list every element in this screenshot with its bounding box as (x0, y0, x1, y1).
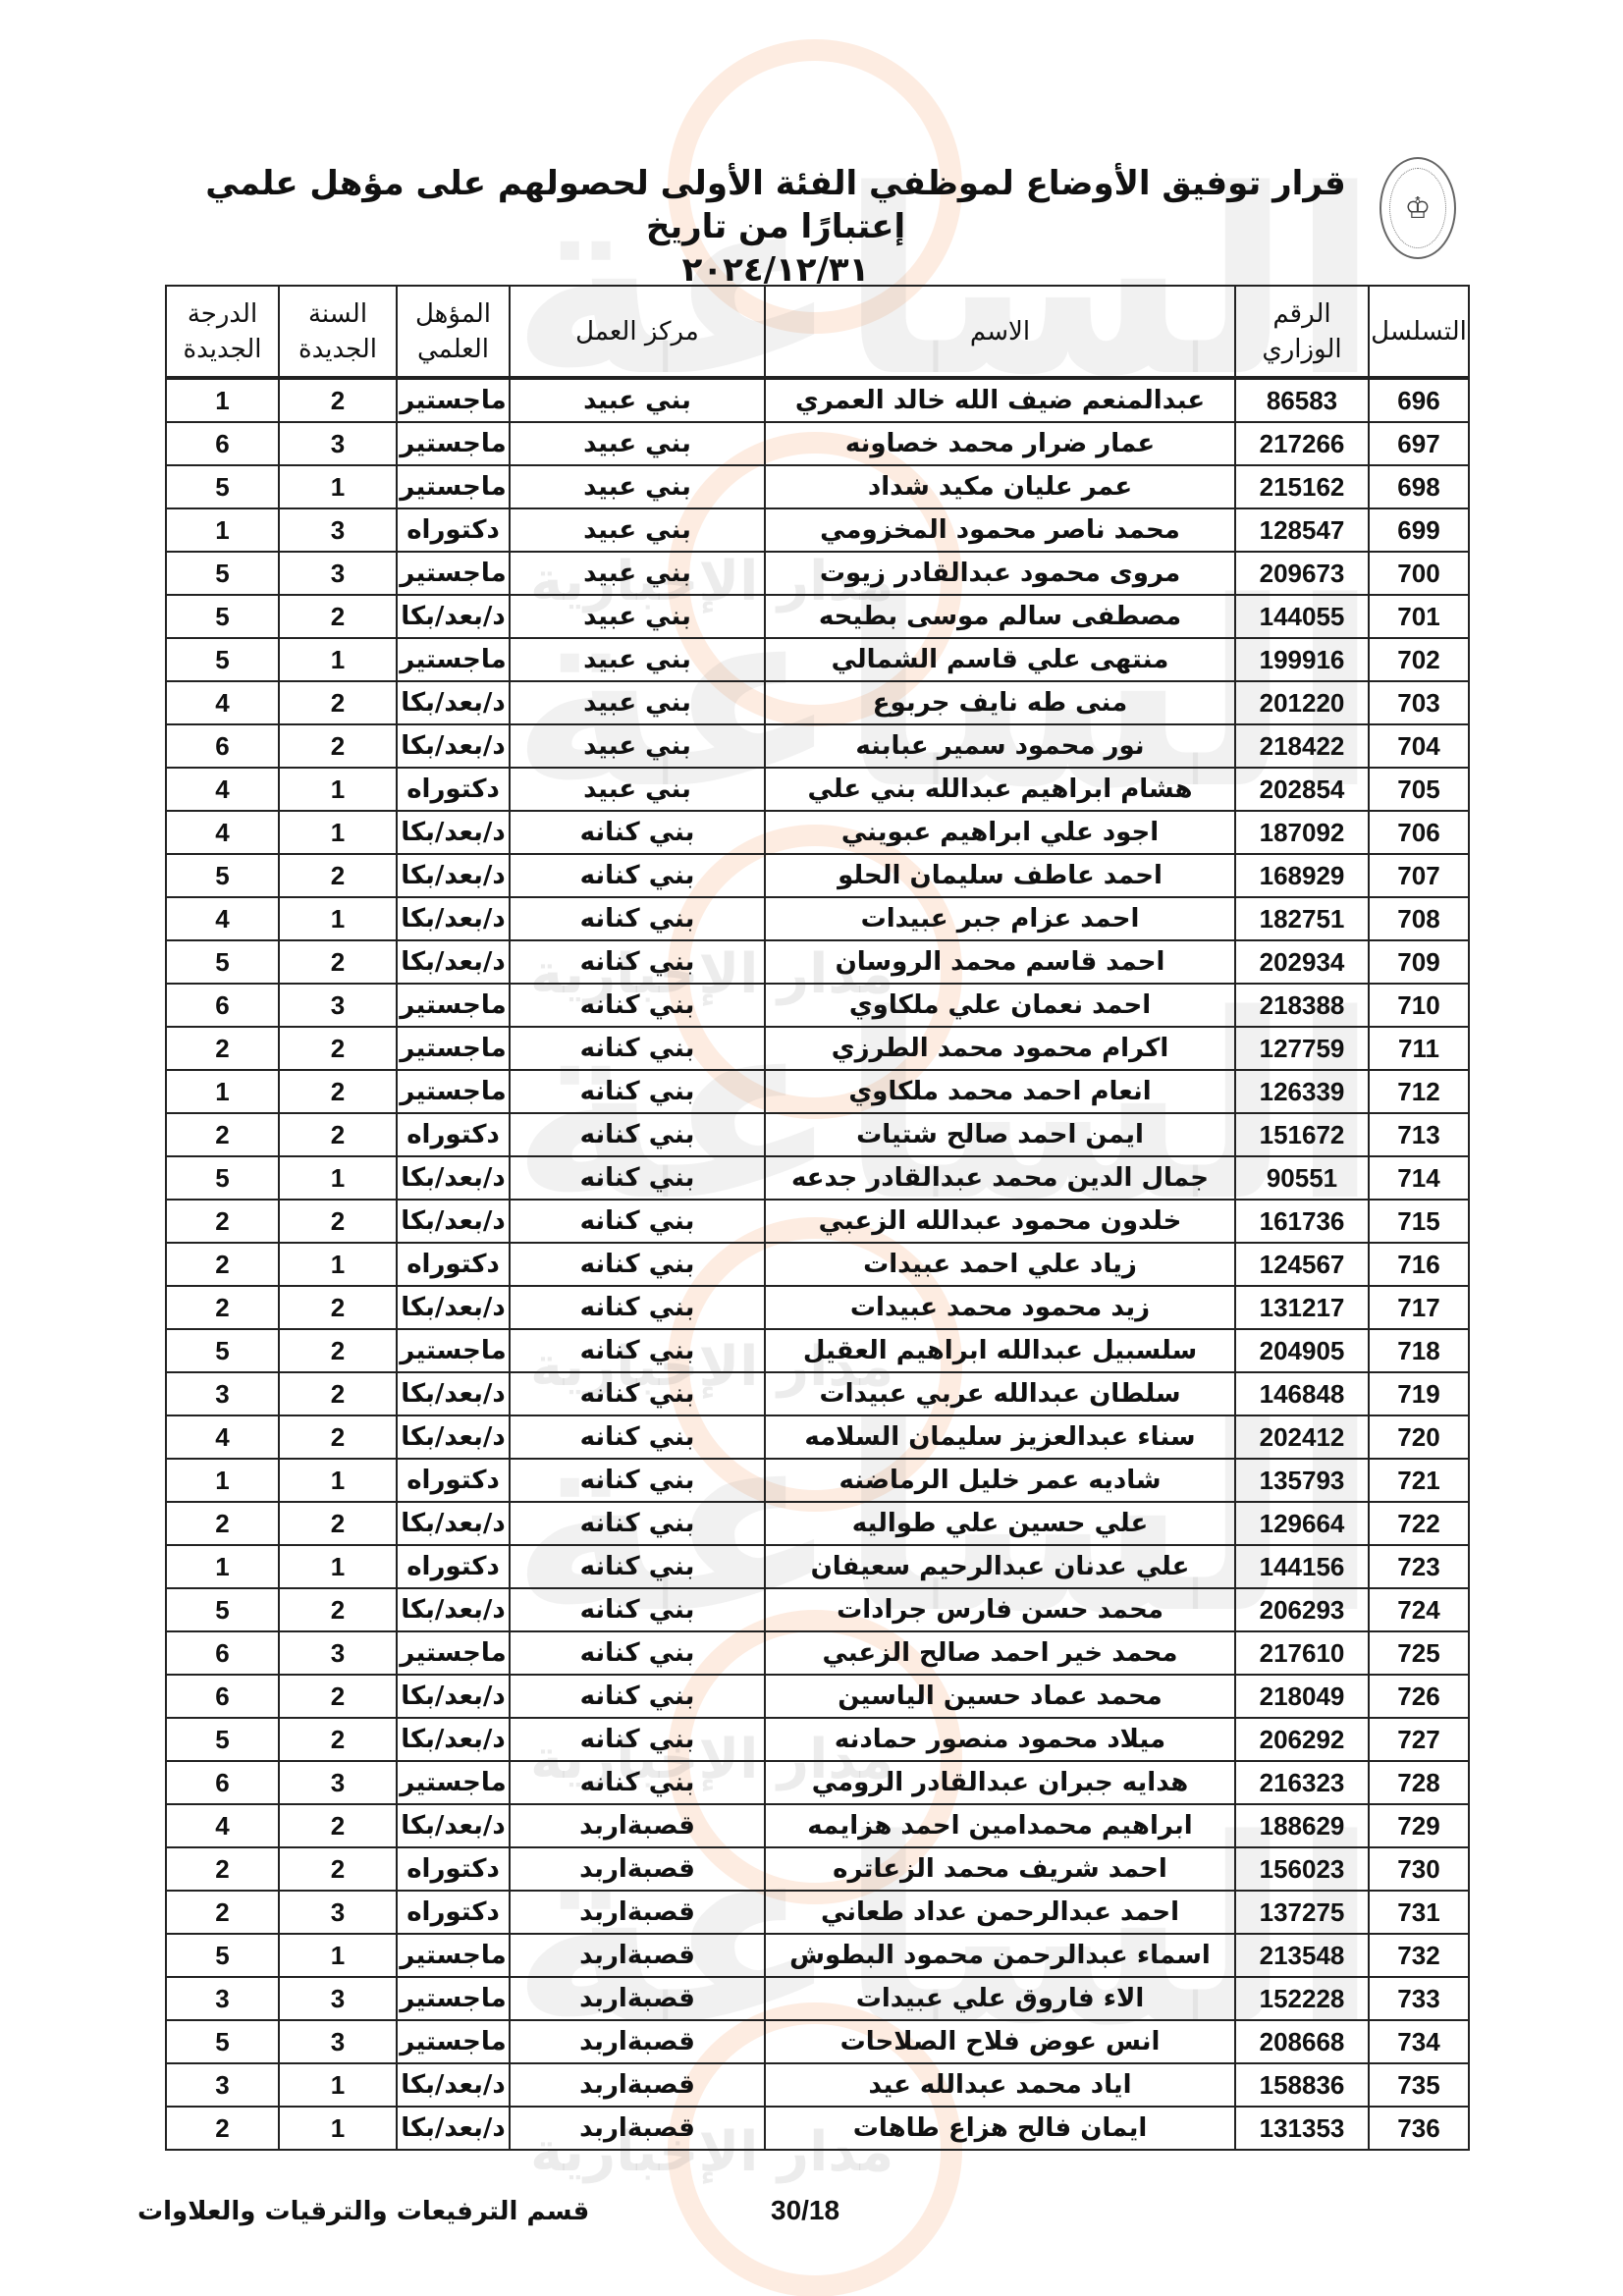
cell-work-center: بني كنانه (510, 1415, 765, 1459)
cell-new-grade: 4 (166, 1415, 279, 1459)
cell-ministry-id: 124567 (1235, 1243, 1369, 1286)
cell-name: اكرام محمود محمد الطرزي (765, 1027, 1235, 1070)
cell-seq: 705 (1369, 768, 1469, 811)
cell-ministry-id: 202934 (1235, 940, 1369, 984)
table-row: 702199916منتهى علي قاسم الشماليبني عبيدم… (166, 638, 1469, 681)
table-row: 709202934احمد قاسم محمد الروسانبني كنانه… (166, 940, 1469, 984)
cell-work-center: بني كنانه (510, 940, 765, 984)
cell-name: شاديه عمر خليل الرماضنه (765, 1459, 1235, 1502)
header-seq: التسلسل (1369, 286, 1469, 378)
cell-name: احمد عزام جبر عبيدات (765, 897, 1235, 940)
cell-qualification: د/بعد/بكا (397, 1804, 510, 1847)
cell-new-year: 2 (279, 1372, 397, 1415)
cell-new-year: 2 (279, 378, 397, 422)
cell-new-grade: 5 (166, 465, 279, 508)
cell-new-year: 2 (279, 1415, 397, 1459)
document-title: قرار توفيق الأوضاع لموظفي الفئة الأولى ل… (196, 162, 1355, 292)
cell-work-center: قصبةاربد (510, 1804, 765, 1847)
cell-qualification: دكتوراه (397, 1243, 510, 1286)
cell-new-year: 1 (279, 2107, 397, 2150)
cell-name: احمد نعمان علي ملكاوي (765, 984, 1235, 1027)
cell-new-year: 1 (279, 1156, 397, 1200)
cell-work-center: بني كنانه (510, 1200, 765, 1243)
cell-seq: 697 (1369, 422, 1469, 465)
cell-seq: 729 (1369, 1804, 1469, 1847)
cell-qualification: ماجستير (397, 1027, 510, 1070)
table-row: 719146848سلطان عبدالله عربي عبيداتبني كن… (166, 1372, 1469, 1415)
table-row: 735158836اياد محمد عبدالله عيدقصبةاربدد/… (166, 2063, 1469, 2107)
cell-work-center: بني كنانه (510, 1761, 765, 1804)
cell-new-grade: 5 (166, 595, 279, 638)
cell-seq: 724 (1369, 1588, 1469, 1631)
table-row: 730156023احمد شريف محمد الزعاترهقصبةاربد… (166, 1847, 1469, 1891)
cell-qualification: ماجستير (397, 1070, 510, 1113)
cell-work-center: بني عبيد (510, 768, 765, 811)
cell-name: احمد شريف محمد الزعاتره (765, 1847, 1235, 1891)
cell-qualification: دكتوراه (397, 1891, 510, 1934)
cell-seq: 710 (1369, 984, 1469, 1027)
cell-work-center: قصبةاربد (510, 1934, 765, 1977)
cell-new-grade: 5 (166, 940, 279, 984)
cell-seq: 717 (1369, 1286, 1469, 1329)
table-row: 711127759اكرام محمود محمد الطرزيبني كنان… (166, 1027, 1469, 1070)
cell-work-center: بني كنانه (510, 1631, 765, 1675)
cell-seq: 702 (1369, 638, 1469, 681)
cell-name: زياد علي احمد عبيدات (765, 1243, 1235, 1286)
cell-new-grade: 1 (166, 508, 279, 552)
cell-seq: 720 (1369, 1415, 1469, 1459)
table-row: 722129664علي حسين علي طواليهبني كنانهد/ب… (166, 1502, 1469, 1545)
table-row: 710218388احمد نعمان علي ملكاويبني كنانهم… (166, 984, 1469, 1027)
cell-ministry-id: 217610 (1235, 1631, 1369, 1675)
cell-qualification: دكتوراه (397, 1113, 510, 1156)
header-new-year: السنة الجديدة (279, 286, 397, 378)
cell-work-center: بني كنانه (510, 811, 765, 854)
cell-ministry-id: 208668 (1235, 2020, 1369, 2063)
cell-work-center: بني كنانه (510, 1545, 765, 1588)
cell-ministry-id: 156023 (1235, 1847, 1369, 1891)
cell-name: جمال الدين محمد عبدالقادر جدعه (765, 1156, 1235, 1200)
cell-new-grade: 5 (166, 552, 279, 595)
cell-ministry-id: 144156 (1235, 1545, 1369, 1588)
cell-new-year: 2 (279, 1070, 397, 1113)
cell-new-year: 2 (279, 1502, 397, 1545)
cell-new-grade: 5 (166, 2020, 279, 2063)
cell-qualification: ماجستير (397, 984, 510, 1027)
cell-work-center: بني كنانه (510, 984, 765, 1027)
cell-seq: 735 (1369, 2063, 1469, 2107)
cell-new-year: 3 (279, 422, 397, 465)
table-row: 69686583عبدالمنعم ضيف الله خالد العمريبن… (166, 378, 1469, 422)
cell-name: ميلاد محمود منصور حمادنه (765, 1718, 1235, 1761)
cell-new-year: 2 (279, 724, 397, 768)
cell-qualification: ماجستير (397, 1761, 510, 1804)
cell-ministry-id: 218388 (1235, 984, 1369, 1027)
cell-new-year: 2 (279, 1113, 397, 1156)
cell-seq: 718 (1369, 1329, 1469, 1372)
cell-work-center: بني عبيد (510, 378, 765, 422)
table-row: 731137275احمد عبدالرحمن عداد طعانيقصبةار… (166, 1891, 1469, 1934)
table-row: 736131353ايمان فالح هزاع طاهاتقصبةاربدد/… (166, 2107, 1469, 2150)
cell-name: سلطان عبدالله عربي عبيدات (765, 1372, 1235, 1415)
cell-ministry-id: 146848 (1235, 1372, 1369, 1415)
cell-qualification: ماجستير (397, 1631, 510, 1675)
cell-new-year: 1 (279, 897, 397, 940)
cell-seq: 715 (1369, 1200, 1469, 1243)
cell-name: منى طه نايف جربوع (765, 681, 1235, 724)
cell-name: ايمان فالح هزاع طاهات (765, 2107, 1235, 2150)
cell-new-year: 2 (279, 681, 397, 724)
cell-name: مروى محمود عبدالقادر زيوت (765, 552, 1235, 595)
cell-seq: 721 (1369, 1459, 1469, 1502)
cell-qualification: ماجستير (397, 1977, 510, 2020)
table-row: 71490551جمال الدين محمد عبدالقادر جدعهبن… (166, 1156, 1469, 1200)
cell-qualification: د/بعد/بكا (397, 1718, 510, 1761)
cell-new-year: 3 (279, 2020, 397, 2063)
table-row: 726218049محمد عماد حسين الياسينبني كنانه… (166, 1675, 1469, 1718)
cell-seq: 707 (1369, 854, 1469, 897)
cell-qualification: دكتوراه (397, 1545, 510, 1588)
cell-qualification: د/بعد/بكا (397, 1156, 510, 1200)
cell-work-center: بني عبيد (510, 638, 765, 681)
cell-new-year: 2 (279, 1329, 397, 1372)
cell-work-center: بني كنانه (510, 1243, 765, 1286)
crown-emblem-icon: ♔ (1389, 168, 1446, 248)
cell-seq: 734 (1369, 2020, 1469, 2063)
cell-qualification: د/بعد/بكا (397, 1675, 510, 1718)
cell-seq: 700 (1369, 552, 1469, 595)
cell-work-center: بني عبيد (510, 724, 765, 768)
cell-ministry-id: 209673 (1235, 552, 1369, 595)
cell-work-center: بني عبيد (510, 595, 765, 638)
cell-ministry-id: 206293 (1235, 1588, 1369, 1631)
cell-new-grade: 2 (166, 1027, 279, 1070)
cell-new-year: 3 (279, 984, 397, 1027)
cell-ministry-id: 144055 (1235, 595, 1369, 638)
cell-work-center: بني كنانه (510, 1156, 765, 1200)
cell-ministry-id: 161736 (1235, 1200, 1369, 1243)
cell-seq: 712 (1369, 1070, 1469, 1113)
cell-qualification: د/بعد/بكا (397, 811, 510, 854)
cell-ministry-id: 216323 (1235, 1761, 1369, 1804)
cell-name: نور محمود سمير عبابنه (765, 724, 1235, 768)
cell-ministry-id: 152228 (1235, 1977, 1369, 2020)
table-row: 712126339انعام احمد محمد ملكاويبني كنانه… (166, 1070, 1469, 1113)
table-row: 713151672ايمن احمد صالح شتياتبني كنانهدك… (166, 1113, 1469, 1156)
table-row: 725217610محمد خير احمد صالح الزعبيبني كن… (166, 1631, 1469, 1675)
cell-new-grade: 6 (166, 1761, 279, 1804)
cell-new-grade: 5 (166, 1329, 279, 1372)
cell-work-center: بني كنانه (510, 1675, 765, 1718)
cell-ministry-id: 188629 (1235, 1804, 1369, 1847)
table-row: 704218422نور محمود سمير عبابنهبني عبيدد/… (166, 724, 1469, 768)
cell-new-grade: 4 (166, 768, 279, 811)
cell-new-year: 3 (279, 552, 397, 595)
cell-work-center: بني كنانه (510, 1459, 765, 1502)
coat-of-arms-icon: ♔ (1380, 157, 1456, 259)
cell-new-year: 1 (279, 768, 397, 811)
header-work-center: مركز العمل (510, 286, 765, 378)
cell-name: عمار ضرار محمد خصاونه (765, 422, 1235, 465)
cell-new-year: 3 (279, 1631, 397, 1675)
cell-ministry-id: 129664 (1235, 1502, 1369, 1545)
cell-new-grade: 1 (166, 1070, 279, 1113)
cell-ministry-id: 168929 (1235, 854, 1369, 897)
cell-qualification: دكتوراه (397, 1459, 510, 1502)
cell-name: الاء فاروق علي عبيدات (765, 1977, 1235, 2020)
cell-qualification: د/بعد/بكا (397, 1286, 510, 1329)
cell-new-grade: 6 (166, 984, 279, 1027)
cell-new-grade: 1 (166, 378, 279, 422)
cell-ministry-id: 218422 (1235, 724, 1369, 768)
cell-new-year: 2 (279, 854, 397, 897)
cell-new-year: 1 (279, 638, 397, 681)
cell-ministry-id: 127759 (1235, 1027, 1369, 1070)
table-row: 698215162عمر عليان مكيد شدادبني عبيدماجس… (166, 465, 1469, 508)
cell-name: منتهى علي قاسم الشمالي (765, 638, 1235, 681)
cell-seq: 726 (1369, 1675, 1469, 1718)
cell-seq: 730 (1369, 1847, 1469, 1891)
cell-seq: 704 (1369, 724, 1469, 768)
cell-ministry-id: 131217 (1235, 1286, 1369, 1329)
cell-ministry-id: 204905 (1235, 1329, 1369, 1372)
cell-ministry-id: 206292 (1235, 1718, 1369, 1761)
table-row: 727206292ميلاد محمود منصور حمادنهبني كنا… (166, 1718, 1469, 1761)
cell-new-grade: 2 (166, 1502, 279, 1545)
cell-name: ابراهيم محمدامين احمد هزايمه (765, 1804, 1235, 1847)
cell-qualification: د/بعد/بكا (397, 1372, 510, 1415)
cell-new-year: 1 (279, 1243, 397, 1286)
cell-new-year: 2 (279, 1027, 397, 1070)
cell-seq: 713 (1369, 1113, 1469, 1156)
cell-qualification: د/بعد/بكا (397, 854, 510, 897)
cell-name: ايمن احمد صالح شتيات (765, 1113, 1235, 1156)
cell-work-center: قصبةاربد (510, 1977, 765, 2020)
cell-seq: 727 (1369, 1718, 1469, 1761)
table-row: 717131217زيد محمود محمد عبيداتبني كنانهد… (166, 1286, 1469, 1329)
table-row: 729188629ابراهيم محمدامين احمد هزايمهقصب… (166, 1804, 1469, 1847)
cell-ministry-id: 126339 (1235, 1070, 1369, 1113)
table-row: 699128547محمد ناصر محمود المخزوميبني عبي… (166, 508, 1469, 552)
cell-work-center: بني كنانه (510, 897, 765, 940)
cell-new-grade: 6 (166, 422, 279, 465)
cell-name: هشام ابراهيم عبدالله بني علي (765, 768, 1235, 811)
cell-seq: 714 (1369, 1156, 1469, 1200)
cell-new-year: 2 (279, 1200, 397, 1243)
cell-seq: 732 (1369, 1934, 1469, 1977)
cell-ministry-id: 137275 (1235, 1891, 1369, 1934)
cell-name: عبدالمنعم ضيف الله خالد العمري (765, 378, 1235, 422)
cell-qualification: دكتوراه (397, 508, 510, 552)
cell-name: محمد حسن فارس جرادات (765, 1588, 1235, 1631)
cell-name: انس عوض فلاح الصلاحات (765, 2020, 1235, 2063)
cell-name: محمد ناصر محمود المخزومي (765, 508, 1235, 552)
cell-qualification: د/بعد/بكا (397, 681, 510, 724)
cell-new-grade: 4 (166, 681, 279, 724)
cell-ministry-id: 202412 (1235, 1415, 1369, 1459)
cell-new-year: 1 (279, 811, 397, 854)
cell-new-grade: 5 (166, 1934, 279, 1977)
cell-new-grade: 2 (166, 1113, 279, 1156)
cell-qualification: د/بعد/بكا (397, 1200, 510, 1243)
cell-work-center: بني عبيد (510, 508, 765, 552)
cell-ministry-id: 158836 (1235, 2063, 1369, 2107)
cell-qualification: د/بعد/بكا (397, 595, 510, 638)
table-row: 732213548اسماء عبدالرحمن محمود البطوشقصب… (166, 1934, 1469, 1977)
cell-seq: 722 (1369, 1502, 1469, 1545)
cell-new-grade: 1 (166, 1459, 279, 1502)
cell-seq: 701 (1369, 595, 1469, 638)
cell-seq: 706 (1369, 811, 1469, 854)
cell-ministry-id: 199916 (1235, 638, 1369, 681)
cell-new-year: 3 (279, 1891, 397, 1934)
cell-new-grade: 6 (166, 1631, 279, 1675)
cell-new-grade: 1 (166, 1545, 279, 1588)
cell-seq: 716 (1369, 1243, 1469, 1286)
cell-name: احمد عاطف سليمان الحلو (765, 854, 1235, 897)
cell-new-grade: 2 (166, 2107, 279, 2150)
cell-seq: 733 (1369, 1977, 1469, 2020)
cell-qualification: ماجستير (397, 465, 510, 508)
table-row: 734208668انس عوض فلاح الصلاحاتقصبةاربدما… (166, 2020, 1469, 2063)
employees-table: التسلسل الرقم الوزاري الاسم مركز العمل ا… (165, 285, 1470, 2151)
table-row: 724206293محمد حسن فارس جراداتبني كنانهد/… (166, 1588, 1469, 1631)
cell-name: زيد محمود محمد عبيدات (765, 1286, 1235, 1329)
cell-name: هدايه جبران عبدالقادر الرومي (765, 1761, 1235, 1804)
cell-new-year: 3 (279, 1761, 397, 1804)
cell-qualification: د/بعد/بكا (397, 897, 510, 940)
cell-ministry-id: 201220 (1235, 681, 1369, 724)
cell-name: سلسبيل عبدالله ابراهيم العقيل (765, 1329, 1235, 1372)
cell-new-grade: 4 (166, 897, 279, 940)
cell-ministry-id: 151672 (1235, 1113, 1369, 1156)
cell-ministry-id: 86583 (1235, 378, 1369, 422)
footer-department: قسم الترفيعات والترقيات والعلاوات (137, 2197, 589, 2226)
cell-seq: 728 (1369, 1761, 1469, 1804)
cell-new-grade: 5 (166, 1588, 279, 1631)
table-row: 718204905سلسبيل عبدالله ابراهيم العقيلبن… (166, 1329, 1469, 1372)
cell-new-year: 2 (279, 1675, 397, 1718)
cell-ministry-id: 182751 (1235, 897, 1369, 940)
cell-ministry-id: 213548 (1235, 1934, 1369, 1977)
cell-work-center: بني عبيد (510, 681, 765, 724)
cell-ministry-id: 202854 (1235, 768, 1369, 811)
cell-work-center: قصبةاربد (510, 2063, 765, 2107)
cell-work-center: بني كنانه (510, 1372, 765, 1415)
table-row: 723144156علي عدنان عبدالرحيم سعيفانبني ك… (166, 1545, 1469, 1588)
cell-work-center: قصبةاربد (510, 1847, 765, 1891)
page-number: 30/18 (771, 2195, 839, 2226)
table-row: 706187092اجود علي ابراهيم عبوينيبني كنان… (166, 811, 1469, 854)
cell-work-center: بني كنانه (510, 1718, 765, 1761)
table-row: 703201220منى طه نايف جربوعبني عبيدد/بعد/… (166, 681, 1469, 724)
cell-new-year: 1 (279, 2063, 397, 2107)
cell-ministry-id: 128547 (1235, 508, 1369, 552)
cell-work-center: بني عبيد (510, 552, 765, 595)
cell-name: محمد عماد حسين الياسين (765, 1675, 1235, 1718)
cell-name: علي عدنان عبدالرحيم سعيفان (765, 1545, 1235, 1588)
table-row: 705202854هشام ابراهيم عبدالله بني عليبني… (166, 768, 1469, 811)
cell-seq: 709 (1369, 940, 1469, 984)
table-row: 715161736خلدون محمود عبدالله الزعبيبني ك… (166, 1200, 1469, 1243)
cell-new-grade: 5 (166, 1718, 279, 1761)
cell-seq: 719 (1369, 1372, 1469, 1415)
cell-qualification: ماجستير (397, 378, 510, 422)
cell-new-grade: 4 (166, 811, 279, 854)
cell-work-center: بني كنانه (510, 1588, 765, 1631)
cell-seq: 723 (1369, 1545, 1469, 1588)
cell-name: علي حسين علي طواليه (765, 1502, 1235, 1545)
cell-seq: 698 (1369, 465, 1469, 508)
cell-work-center: بني كنانه (510, 1329, 765, 1372)
cell-seq: 736 (1369, 2107, 1469, 2150)
cell-ministry-id: 135793 (1235, 1459, 1369, 1502)
table-row: 700209673مروى محمود عبدالقادر زيوتبني عب… (166, 552, 1469, 595)
cell-qualification: د/بعد/بكا (397, 2063, 510, 2107)
cell-name: انعام احمد محمد ملكاوي (765, 1070, 1235, 1113)
cell-work-center: بني كنانه (510, 1027, 765, 1070)
cell-seq: 725 (1369, 1631, 1469, 1675)
cell-ministry-id: 215162 (1235, 465, 1369, 508)
header-name: الاسم (765, 286, 1235, 378)
cell-work-center: بني كنانه (510, 1113, 765, 1156)
cell-new-year: 2 (279, 1847, 397, 1891)
table-row: 728216323هدايه جبران عبدالقادر الروميبني… (166, 1761, 1469, 1804)
table-row: 721135793شاديه عمر خليل الرماضنهبني كنان… (166, 1459, 1469, 1502)
cell-name: احمد عبدالرحمن عداد طعاني (765, 1891, 1235, 1934)
cell-work-center: بني عبيد (510, 465, 765, 508)
cell-seq: 708 (1369, 897, 1469, 940)
cell-name: محمد خير احمد صالح الزعبي (765, 1631, 1235, 1675)
cell-work-center: بني كنانه (510, 854, 765, 897)
cell-new-grade: 3 (166, 1372, 279, 1415)
cell-new-grade: 6 (166, 724, 279, 768)
cell-name: سناء عبدالعزيز سليمان السلامه (765, 1415, 1235, 1459)
cell-new-year: 1 (279, 465, 397, 508)
cell-seq: 696 (1369, 378, 1469, 422)
cell-qualification: دكتوراه (397, 768, 510, 811)
cell-new-year: 2 (279, 1804, 397, 1847)
cell-qualification: ماجستير (397, 552, 510, 595)
cell-qualification: ماجستير (397, 1329, 510, 1372)
table-row: 697217266عمار ضرار محمد خصاونهبني عبيدما… (166, 422, 1469, 465)
cell-work-center: بني كنانه (510, 1502, 765, 1545)
cell-new-grade: 5 (166, 854, 279, 897)
cell-ministry-id: 131353 (1235, 2107, 1369, 2150)
table-row: 708182751احمد عزام جبر عبيداتبني كنانهد/… (166, 897, 1469, 940)
cell-qualification: ماجستير (397, 638, 510, 681)
cell-work-center: بني كنانه (510, 1070, 765, 1113)
cell-work-center: بني كنانه (510, 1286, 765, 1329)
cell-qualification: د/بعد/بكا (397, 2107, 510, 2150)
header-new-grade: الدرجة الجديدة (166, 286, 279, 378)
cell-qualification: ماجستير (397, 422, 510, 465)
cell-name: عمر عليان مكيد شداد (765, 465, 1235, 508)
cell-new-year: 2 (279, 595, 397, 638)
cell-new-year: 2 (279, 1718, 397, 1761)
cell-ministry-id: 217266 (1235, 422, 1369, 465)
cell-work-center: قصبةاربد (510, 2020, 765, 2063)
table-row: 720202412سناء عبدالعزيز سليمان السلامهبن… (166, 1415, 1469, 1459)
cell-new-year: 1 (279, 1934, 397, 1977)
cell-new-year: 2 (279, 1286, 397, 1329)
cell-name: اياد محمد عبدالله عيد (765, 2063, 1235, 2107)
cell-qualification: د/بعد/بكا (397, 1588, 510, 1631)
cell-new-grade: 3 (166, 1977, 279, 2020)
cell-name: احمد قاسم محمد الروسان (765, 940, 1235, 984)
cell-qualification: ماجستير (397, 1934, 510, 1977)
cell-name: خلدون محمود عبدالله الزعبي (765, 1200, 1235, 1243)
